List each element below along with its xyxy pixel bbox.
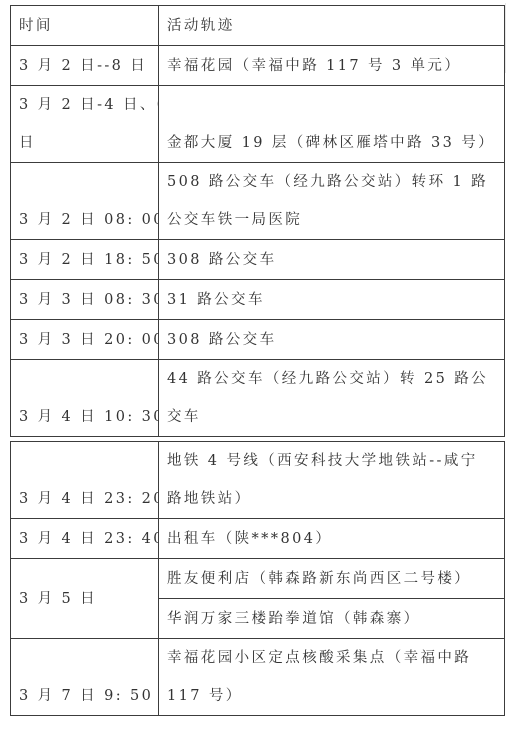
track-line-2: 交车 — [167, 398, 504, 436]
track-line-1: 44 路公交车（经九路公交站）转 25 路公 — [167, 360, 504, 398]
track-cell: 华润万家三楼跆拳道馆（韩森寨） — [159, 599, 505, 639]
time-cell: 3 月 3 日 08: 30 — [11, 280, 159, 320]
table-header-row: 时间 活动轨迹 — [11, 6, 505, 46]
time-cell: 3 月 2 日--8 日 — [11, 46, 159, 86]
track-cell: 308 路公交车 — [159, 320, 505, 360]
table-row: 3 月 4 日 23: 40 出租车（陕***804） — [11, 519, 505, 559]
time-cell: 3 月 4 日 10: 30 — [11, 360, 159, 437]
header-activity-track: 活动轨迹 — [159, 6, 505, 46]
track-cell: 地铁 4 号线（西安科技大学地铁站--咸宁 路地铁站） — [159, 442, 505, 519]
table-row: 3 月 2 日--8 日 幸福花园（幸福中路 117 号 3 单元） — [11, 46, 505, 86]
time-line-1: 3 月 2 日-4 日、6 — [19, 86, 158, 124]
time-cell: 3 月 4 日 23: 40 — [11, 519, 159, 559]
track-line-2: 117 号） — [167, 677, 504, 715]
header-time: 时间 — [11, 6, 159, 46]
table-row: 3 月 3 日 08: 30 31 路公交车 — [11, 280, 505, 320]
table-row: 3 月 2 日-4 日、6 日 金都大厦 19 层（碑林区雁塔中路 33 号） — [11, 86, 505, 163]
time-cell: 3 月 2 日-4 日、6 日 — [11, 86, 159, 163]
track-line-1: 幸福花园小区定点核酸采集点（幸福中路 — [167, 639, 504, 677]
activity-track-table-part-2: 3 月 4 日 23: 20 地铁 4 号线（西安科技大学地铁站--咸宁 路地铁… — [10, 441, 505, 716]
track-line-2: 路地铁站） — [167, 480, 504, 518]
page-edge-line — [505, 3, 506, 73]
track-cell: 金都大厦 19 层（碑林区雁塔中路 33 号） — [159, 86, 505, 163]
table-row: 3 月 3 日 20: 00 308 路公交车 — [11, 320, 505, 360]
track-cell: 出租车（陕***804） — [159, 519, 505, 559]
track-cell: 44 路公交车（经九路公交站）转 25 路公 交车 — [159, 360, 505, 437]
time-cell: 3 月 5 日 — [11, 559, 159, 639]
track-line-1: 508 路公交车（经九路公交站）转环 1 路 — [167, 163, 504, 201]
time-line-2: 日 — [19, 124, 158, 162]
track-cell: 幸福花园（幸福中路 117 号 3 单元） — [159, 46, 505, 86]
table-row: 3 月 2 日 08: 00 508 路公交车（经九路公交站）转环 1 路 公交… — [11, 163, 505, 240]
track-line-1: 地铁 4 号线（西安科技大学地铁站--咸宁 — [167, 442, 504, 480]
time-cell: 3 月 2 日 18: 50 — [11, 240, 159, 280]
track-cell: 幸福花园小区定点核酸采集点（幸福中路 117 号） — [159, 639, 505, 716]
time-cell: 3 月 7 日 9: 50 — [11, 639, 159, 716]
time-cell: 3 月 4 日 23: 20 — [11, 442, 159, 519]
track-cell: 胜友便利店（韩森路新东尚西区二号楼） — [159, 559, 505, 599]
track-cell: 308 路公交车 — [159, 240, 505, 280]
time-cell: 3 月 3 日 20: 00 — [11, 320, 159, 360]
table-row: 3 月 7 日 9: 50 幸福花园小区定点核酸采集点（幸福中路 117 号） — [11, 639, 505, 716]
table-row: 3 月 4 日 10: 30 44 路公交车（经九路公交站）转 25 路公 交车 — [11, 360, 505, 437]
time-cell: 3 月 2 日 08: 00 — [11, 163, 159, 240]
activity-track-table-part-1: 时间 活动轨迹 3 月 2 日--8 日 幸福花园（幸福中路 117 号 3 单… — [10, 5, 505, 437]
track-line-2: 公交车铁一局医院 — [167, 201, 504, 239]
track-cell: 31 路公交车 — [159, 280, 505, 320]
table-row: 3 月 5 日 胜友便利店（韩森路新东尚西区二号楼） — [11, 559, 505, 599]
track-cell: 508 路公交车（经九路公交站）转环 1 路 公交车铁一局医院 — [159, 163, 505, 240]
table-row: 3 月 4 日 23: 20 地铁 4 号线（西安科技大学地铁站--咸宁 路地铁… — [11, 442, 505, 519]
table-row: 3 月 2 日 18: 50 308 路公交车 — [11, 240, 505, 280]
